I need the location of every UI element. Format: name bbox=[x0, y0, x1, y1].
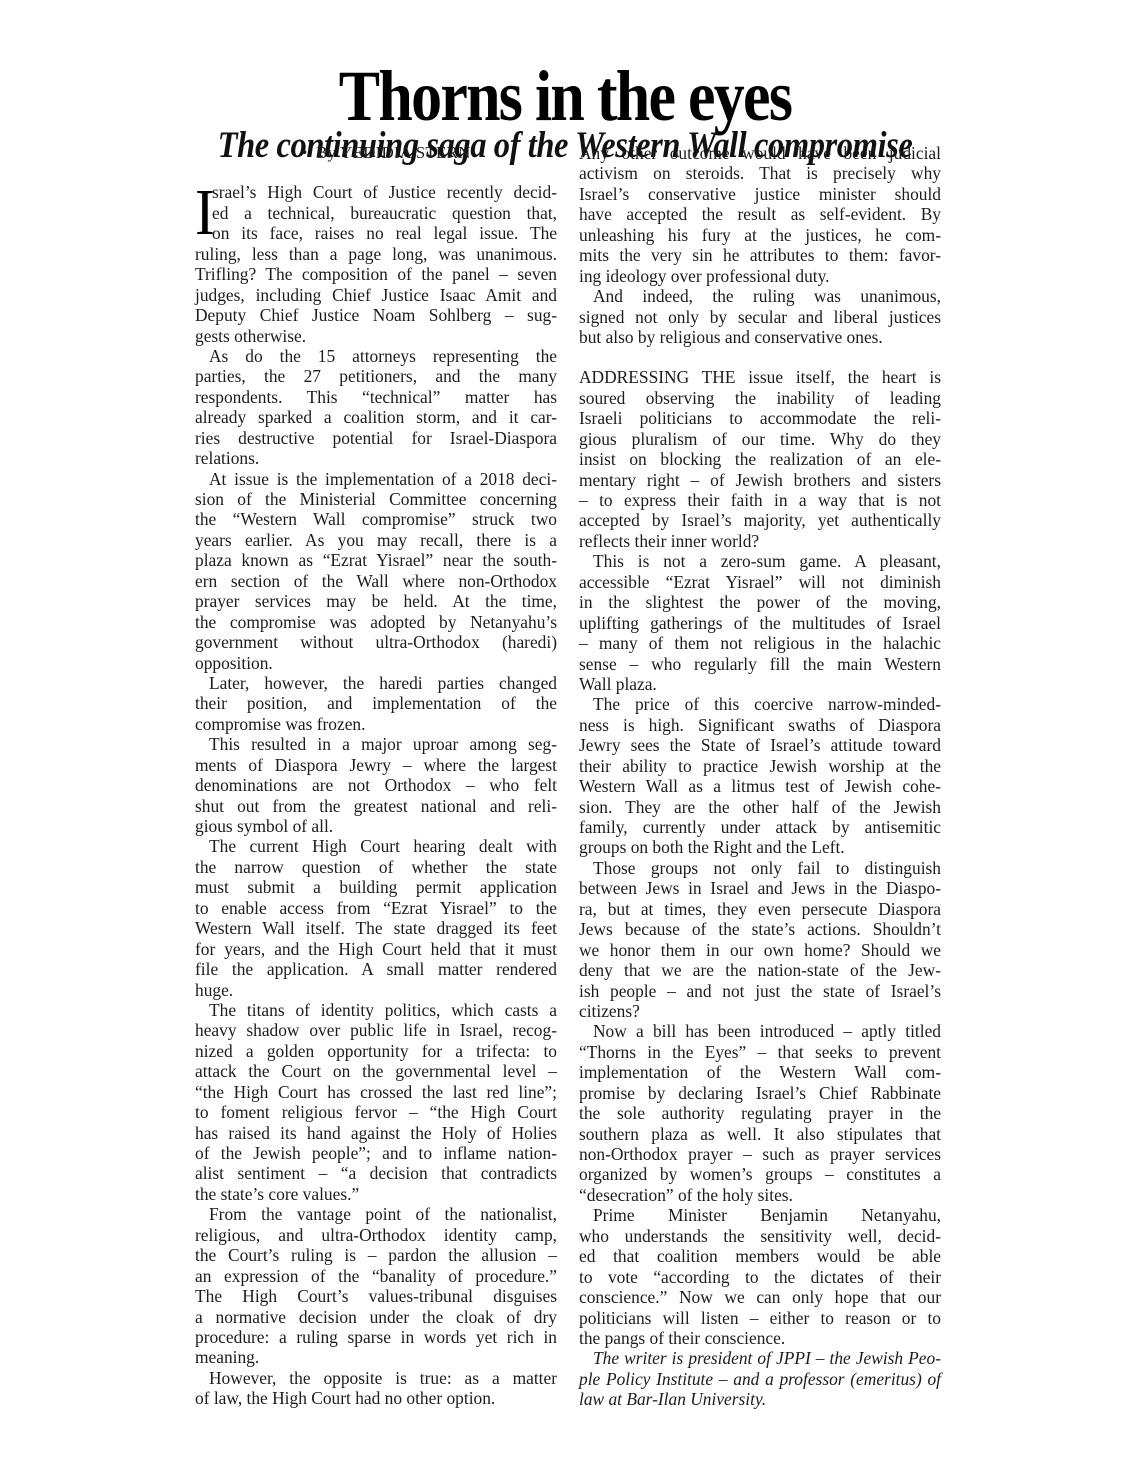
text-line: Wall plaza. bbox=[579, 674, 941, 694]
section-break bbox=[579, 347, 941, 367]
text-line: The current High Court hearing dealt wit… bbox=[195, 836, 557, 856]
text-line: compromise was frozen. bbox=[195, 714, 557, 734]
right-column: Any other outcome would have been judici… bbox=[579, 143, 941, 1410]
text-line: politicians will listen – either to reas… bbox=[579, 1308, 941, 1328]
text-line: – to express their faith in a way that i… bbox=[579, 490, 941, 510]
paragraph: This is not a zero-sum game. A pleasant,… bbox=[579, 551, 941, 694]
text-line: “desecration” of the holy sites. bbox=[579, 1185, 941, 1205]
text-line: citizens? bbox=[579, 1001, 941, 1021]
text-line: to vote “according to the dictates of th… bbox=[579, 1267, 941, 1287]
text-line: mentary right – of Jewish brothers and s… bbox=[579, 470, 941, 490]
text-line: shut out from the greatest national and … bbox=[195, 796, 557, 816]
text-line: Jews because of the state’s actions. Sho… bbox=[579, 919, 941, 939]
text-line: their ability to practice Jewish worship… bbox=[579, 756, 941, 776]
text-line: religious, and ultra-Orthodox identity c… bbox=[195, 1225, 557, 1245]
left-column: • By YEDIDIA STERN I srael’s High Court … bbox=[195, 143, 557, 1409]
text-line: sense – who regularly fill the main West… bbox=[579, 654, 941, 674]
text-line: on its face, raises no real legal issue.… bbox=[195, 223, 557, 243]
text-line: law at Bar-Ilan University. bbox=[579, 1389, 941, 1409]
text-line: ed a technical, bureaucratic question th… bbox=[195, 203, 557, 223]
text-line: their position, and implementation of th… bbox=[195, 693, 557, 713]
text-line: However, the opposite is true: as a matt… bbox=[195, 1368, 557, 1388]
paragraph: Those groups not only fail to distinguis… bbox=[579, 858, 941, 1022]
drop-cap: I bbox=[195, 184, 215, 242]
paragraph: And indeed, the ruling was unanimous,sig… bbox=[579, 286, 941, 347]
text-line: ruling, less than a page long, was unani… bbox=[195, 244, 557, 264]
text-line: has raised its hand against the Holy of … bbox=[195, 1123, 557, 1143]
text-line: gests otherwise. bbox=[195, 326, 557, 346]
paragraph: Later, however, the haredi parties chang… bbox=[195, 673, 557, 734]
text-line: ed that coalition members would be able bbox=[579, 1246, 941, 1266]
text-line: mits the very sin he attributes to them:… bbox=[579, 245, 941, 265]
text-line: signed not only by secular and liberal j… bbox=[579, 307, 941, 327]
text-line: the sole authority regulating prayer in … bbox=[579, 1103, 941, 1123]
text-line: Later, however, the haredi parties chang… bbox=[195, 673, 557, 693]
paragraph: From the vantage point of the nationalis… bbox=[195, 1204, 557, 1368]
text-line: This is not a zero-sum game. A pleasant, bbox=[579, 551, 941, 571]
paragraph: At issue is the implementation of a 2018… bbox=[195, 469, 557, 673]
text-line: an expression of the “banality of proced… bbox=[195, 1266, 557, 1286]
text-line: conscience.” Now we can only hope that o… bbox=[579, 1287, 941, 1307]
text-line: already sparked a coalition storm, and i… bbox=[195, 407, 557, 427]
text-line: – many of them not religious in the hala… bbox=[579, 633, 941, 653]
text-line: ADDRESSING THE issue itself, the heart i… bbox=[579, 367, 941, 387]
text-line: a normative decision under the cloak of … bbox=[195, 1307, 557, 1327]
text-line: attack the Court on the governmental lev… bbox=[195, 1061, 557, 1081]
text-line: Israeli politicians to accommodate the r… bbox=[579, 408, 941, 428]
text-line: the state’s core values.” bbox=[195, 1184, 557, 1204]
text-line: ries destructive potential for Israel-Di… bbox=[195, 428, 557, 448]
text-line: in the slightest the power of the moving… bbox=[579, 592, 941, 612]
text-line: Western Wall itself. The state dragged i… bbox=[195, 918, 557, 938]
paragraph: Now a bill has been introduced – aptly t… bbox=[579, 1021, 941, 1205]
text-line: The writer is president of JPPI – the Je… bbox=[579, 1348, 941, 1368]
text-line: southern plaza as well. It also stipulat… bbox=[579, 1124, 941, 1144]
text-line: of law, the High Court had no other opti… bbox=[195, 1388, 557, 1408]
text-line: who understands the sensitivity well, de… bbox=[579, 1226, 941, 1246]
text-line: Prime Minister Benjamin Netanyahu, bbox=[579, 1205, 941, 1225]
text-line: Jewry sees the State of Israel’s attitud… bbox=[579, 735, 941, 755]
text-line: Any other outcome would have been judici… bbox=[579, 143, 941, 163]
text-line: unleashing his fury at the justices, he … bbox=[579, 225, 941, 245]
paragraph: ADDRESSING THE issue itself, the heart i… bbox=[579, 367, 941, 551]
text-line: family, currently under attack by antise… bbox=[579, 817, 941, 837]
text-line: accessible “Ezrat Yisrael” will not dimi… bbox=[579, 572, 941, 592]
paragraph: This resulted in a major uproar among se… bbox=[195, 734, 557, 836]
text-line: Now a bill has been introduced – aptly t… bbox=[579, 1021, 941, 1041]
text-line: reflects their inner world? bbox=[579, 531, 941, 551]
text-line: years earlier. As you may recall, there … bbox=[195, 530, 557, 550]
text-line: must submit a building permit applicatio… bbox=[195, 877, 557, 897]
text-line: denominations are not Orthodox – who fel… bbox=[195, 775, 557, 795]
text-line: activism on steroids. That is precisely … bbox=[579, 163, 941, 183]
author-note: The writer is president of JPPI – the Je… bbox=[579, 1348, 941, 1409]
text-line: relations. bbox=[195, 448, 557, 468]
text-line: Israel’s conservative justice minister s… bbox=[579, 184, 941, 204]
text-line: file the application. A small matter ren… bbox=[195, 959, 557, 979]
text-line: ra, but at times, they even persecute Di… bbox=[579, 899, 941, 919]
text-line: opposition. bbox=[195, 653, 557, 673]
paragraph: However, the opposite is true: as a matt… bbox=[195, 1368, 557, 1409]
text-line: Trifling? The composition of the panel –… bbox=[195, 264, 557, 284]
text-line: judges, including Chief Justice Isaac Am… bbox=[195, 285, 557, 305]
text-line: At issue is the implementation of a 2018… bbox=[195, 469, 557, 489]
text-line: soured observing the inability of leadin… bbox=[579, 388, 941, 408]
text-line: non-Orthodox prayer – such as prayer ser… bbox=[579, 1144, 941, 1164]
text-line: the pangs of their conscience. bbox=[579, 1328, 941, 1348]
text-line: From the vantage point of the nationalis… bbox=[195, 1204, 557, 1224]
text-line: sion of the Ministerial Committee concer… bbox=[195, 489, 557, 509]
text-line: The price of this coercive narrow-minded… bbox=[579, 694, 941, 714]
text-line: organized by women’s groups – constitute… bbox=[579, 1164, 941, 1184]
text-line: deny that we are the nation-state of the… bbox=[579, 960, 941, 980]
byline: • By YEDIDIA STERN bbox=[195, 143, 557, 163]
text-line: government without ultra-Orthodox (hared… bbox=[195, 632, 557, 652]
text-line: to foment religious fervor – “the High C… bbox=[195, 1102, 557, 1122]
text-line: the Court’s ruling is – pardon the allus… bbox=[195, 1245, 557, 1265]
paragraph: Prime Minister Benjamin Netanyahu,who un… bbox=[579, 1205, 941, 1348]
text-line: groups on both the Right and the Left. bbox=[579, 837, 941, 857]
text-line: This resulted in a major uproar among se… bbox=[195, 734, 557, 754]
text-line: procedure: a ruling sparse in words yet … bbox=[195, 1327, 557, 1347]
paragraph: The price of this coercive narrow-minded… bbox=[579, 694, 941, 858]
text-line: gious pluralism of our time. Why do they bbox=[579, 429, 941, 449]
text-line: but also by religious and conservative o… bbox=[579, 327, 941, 347]
text-line: of the Jewish people”; and to inflame na… bbox=[195, 1143, 557, 1163]
paragraph: The titans of identity politics, which c… bbox=[195, 1000, 557, 1204]
text-line: huge. bbox=[195, 980, 557, 1000]
text-line: Western Wall as a litmus test of Jewish … bbox=[579, 776, 941, 796]
text-line: ing ideology over professional duty. bbox=[579, 266, 941, 286]
text-line: implementation of the Western Wall com- bbox=[579, 1062, 941, 1082]
paragraph: I srael’s High Court of Justice recently… bbox=[195, 182, 557, 346]
text-line: nized a golden opportunity for a trifect… bbox=[195, 1041, 557, 1061]
text-line: “Thorns in the Eyes” – that seeks to pre… bbox=[579, 1042, 941, 1062]
text-line: ness is high. Significant swaths of Dias… bbox=[579, 715, 941, 735]
text-line: promise by declaring Israel’s Chief Rabb… bbox=[579, 1083, 941, 1103]
text-line: accepted by Israel’s majority, yet authe… bbox=[579, 510, 941, 530]
text-line: for years, and the High Court held that … bbox=[195, 939, 557, 959]
text-line: gious symbol of all. bbox=[195, 816, 557, 836]
paragraph: The current High Court hearing dealt wit… bbox=[195, 836, 557, 1000]
byline-text: By YEDIDIA STERN bbox=[316, 143, 471, 162]
text-line: ments of Diaspora Jewry – where the larg… bbox=[195, 755, 557, 775]
paragraph: Any other outcome would have been judici… bbox=[579, 143, 941, 286]
text-line: we honor them in our own home? Should we bbox=[579, 940, 941, 960]
text-line: As do the 15 attorneys representing the bbox=[195, 346, 557, 366]
text-line: prayer services may be held. At the time… bbox=[195, 591, 557, 611]
text-line: Deputy Chief Justice Noam Sohlberg – sug… bbox=[195, 305, 557, 325]
text-line: srael’s High Court of Justice recently d… bbox=[195, 182, 557, 202]
text-line: meaning. bbox=[195, 1347, 557, 1367]
text-line: the compromise was adopted by Netanyahu’… bbox=[195, 612, 557, 632]
text-line: ple Policy Institute – and a professor (… bbox=[579, 1369, 941, 1389]
text-line: “the High Court has crossed the last red… bbox=[195, 1082, 557, 1102]
text-line: the “Western Wall compromise” struck two bbox=[195, 509, 557, 529]
text-line: alist sentiment – “a decision that contr… bbox=[195, 1163, 557, 1183]
text-line: ern section of the Wall where non-Orthod… bbox=[195, 571, 557, 591]
text-line: the narrow question of whether the state bbox=[195, 857, 557, 877]
paragraph: As do the 15 attorneys representing thep… bbox=[195, 346, 557, 469]
bullet-icon: • bbox=[301, 143, 307, 162]
text-line: ish people – and not just the state of I… bbox=[579, 981, 941, 1001]
text-line: Those groups not only fail to distinguis… bbox=[579, 858, 941, 878]
text-line: And indeed, the ruling was unanimous, bbox=[579, 286, 941, 306]
text-line: uplifting gatherings of the multitudes o… bbox=[579, 613, 941, 633]
text-line: heavy shadow over public life in Israel,… bbox=[195, 1020, 557, 1040]
text-line: have accepted the result as self-evident… bbox=[579, 204, 941, 224]
text-line: between Jews in Israel and Jews in the D… bbox=[579, 878, 941, 898]
text-line: The High Court’s values-tribunal disguis… bbox=[195, 1286, 557, 1306]
text-line: respondents. This “technical” matter has bbox=[195, 387, 557, 407]
text-line: plaza known as “Ezrat Yisrael” near the … bbox=[195, 550, 557, 570]
text-line: parties, the 27 petitioners, and the man… bbox=[195, 366, 557, 386]
text-line: sion. They are the other half of the Jew… bbox=[579, 797, 941, 817]
text-line: insist on blocking the realization of an… bbox=[579, 449, 941, 469]
text-line: to enable access from “Ezrat Yisrael” to… bbox=[195, 898, 557, 918]
text-line: The titans of identity politics, which c… bbox=[195, 1000, 557, 1020]
